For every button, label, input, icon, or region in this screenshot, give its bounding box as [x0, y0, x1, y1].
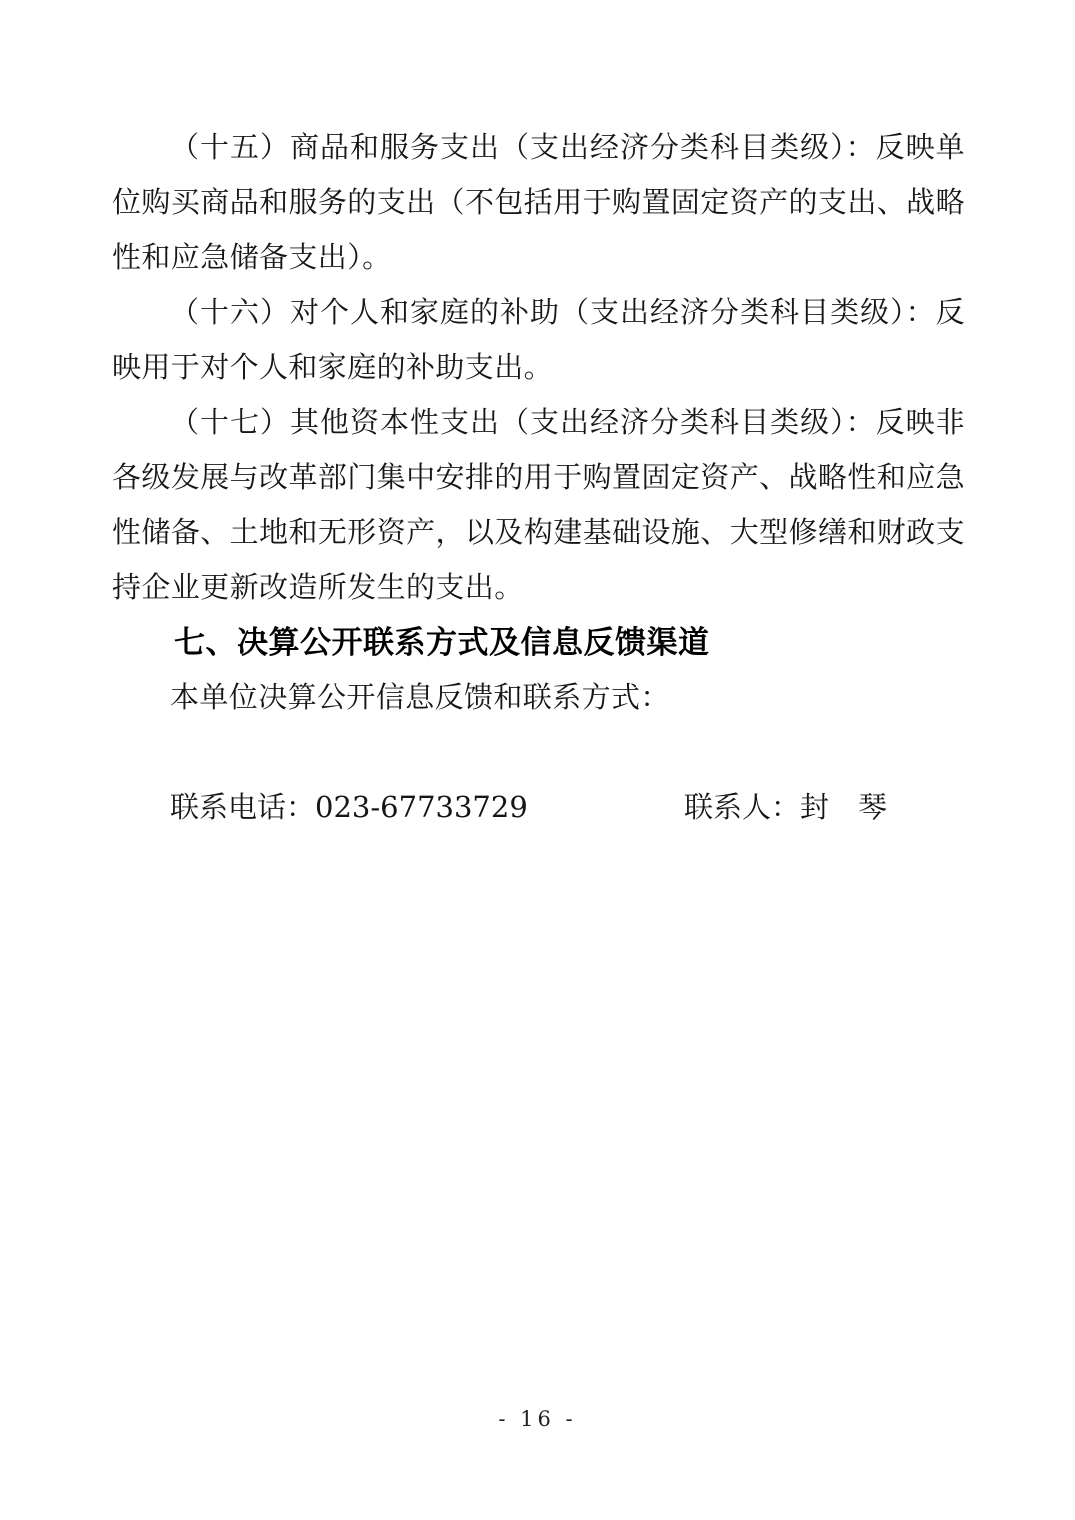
- contact-intro: 本单位决算公开信息反馈和联系方式：: [112, 670, 965, 725]
- paragraph-item-15: （十五）商品和服务支出（支出经济分类科目类级）：反映单位购买商品和服务的支出（不…: [112, 120, 965, 285]
- contact-person-name: 封 琴: [800, 790, 887, 824]
- page-number: - 16 -: [498, 1407, 576, 1431]
- contact-phone-label: 联系电话：: [170, 790, 315, 824]
- page-footer: - 16 -: [0, 1404, 1075, 1434]
- contact-line: 联系电话：023-67733729 联系人：封 琴: [112, 780, 965, 835]
- contact-person: 联系人：封 琴: [684, 790, 887, 824]
- paragraph-item-16: （十六）对个人和家庭的补助（支出经济分类科目类级）：反映用于对个人和家庭的补助支…: [112, 285, 965, 395]
- section-heading: 七、决算公开联系方式及信息反馈渠道: [112, 615, 965, 670]
- document-content: （十五）商品和服务支出（支出经济分类科目类级）：反映单位购买商品和服务的支出（不…: [112, 120, 965, 835]
- paragraph-item-17: （十七）其他资本性支出（支出经济分类科目类级）：反映非各级发展与改革部门集中安排…: [112, 395, 965, 615]
- document-page: （十五）商品和服务支出（支出经济分类科目类级）：反映单位购买商品和服务的支出（不…: [0, 0, 1075, 1520]
- contact-person-label: 联系人：: [684, 790, 800, 824]
- contact-phone-number: 023-67733729: [315, 790, 528, 824]
